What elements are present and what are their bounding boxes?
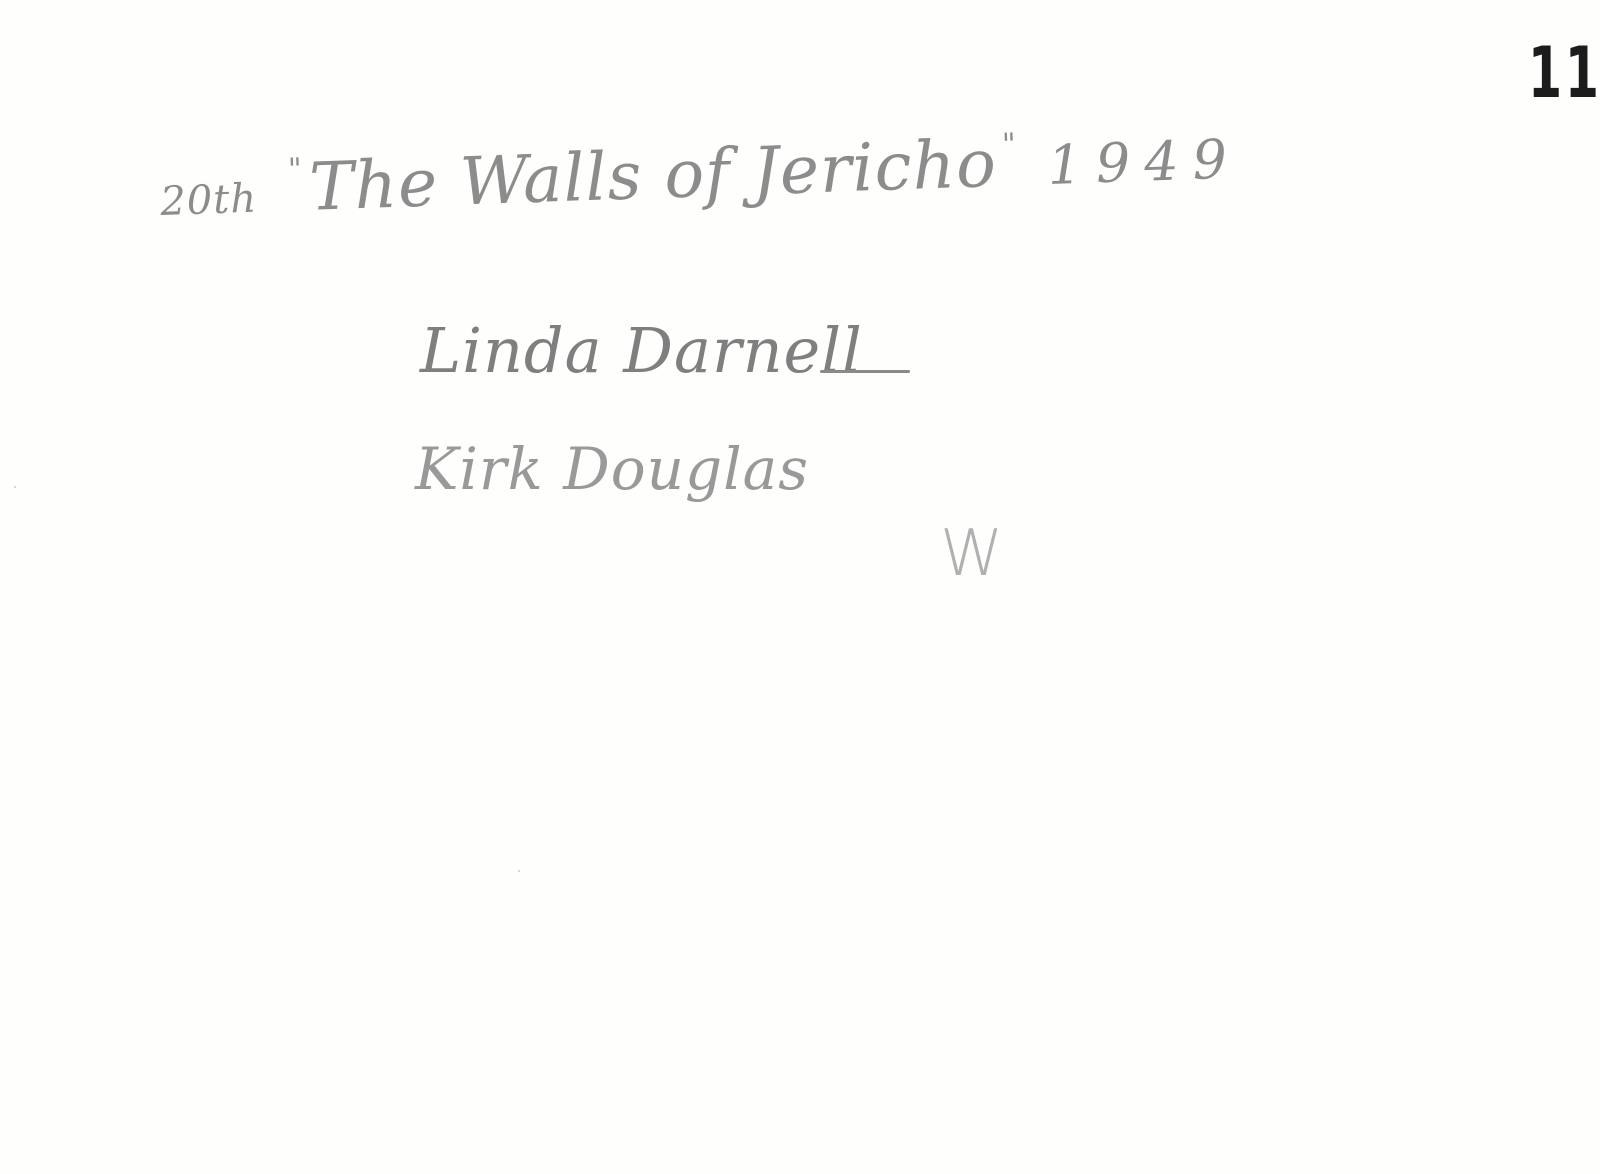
cast-name-2: Kirk Douglas bbox=[415, 440, 809, 498]
paper-speck bbox=[14, 486, 16, 488]
paper-speck bbox=[518, 870, 520, 872]
signature-flourish bbox=[820, 370, 910, 373]
open-quote: " bbox=[287, 152, 303, 187]
close-quote: " bbox=[1001, 127, 1017, 162]
corner-number: 11 bbox=[1528, 32, 1600, 114]
studio-label: 20th bbox=[160, 176, 258, 225]
cast-name-1: Linda Darnell bbox=[420, 320, 863, 382]
film-title: The Walls of Jericho bbox=[308, 125, 998, 226]
photo-back-page: 11 20th"The Walls of Jericho"1949 Linda … bbox=[0, 0, 1600, 1174]
archivist-initial: W bbox=[940, 522, 1004, 586]
film-credit-line: 20th"The Walls of Jericho"1949 bbox=[159, 122, 1242, 226]
film-year: 1949 bbox=[1046, 127, 1242, 197]
